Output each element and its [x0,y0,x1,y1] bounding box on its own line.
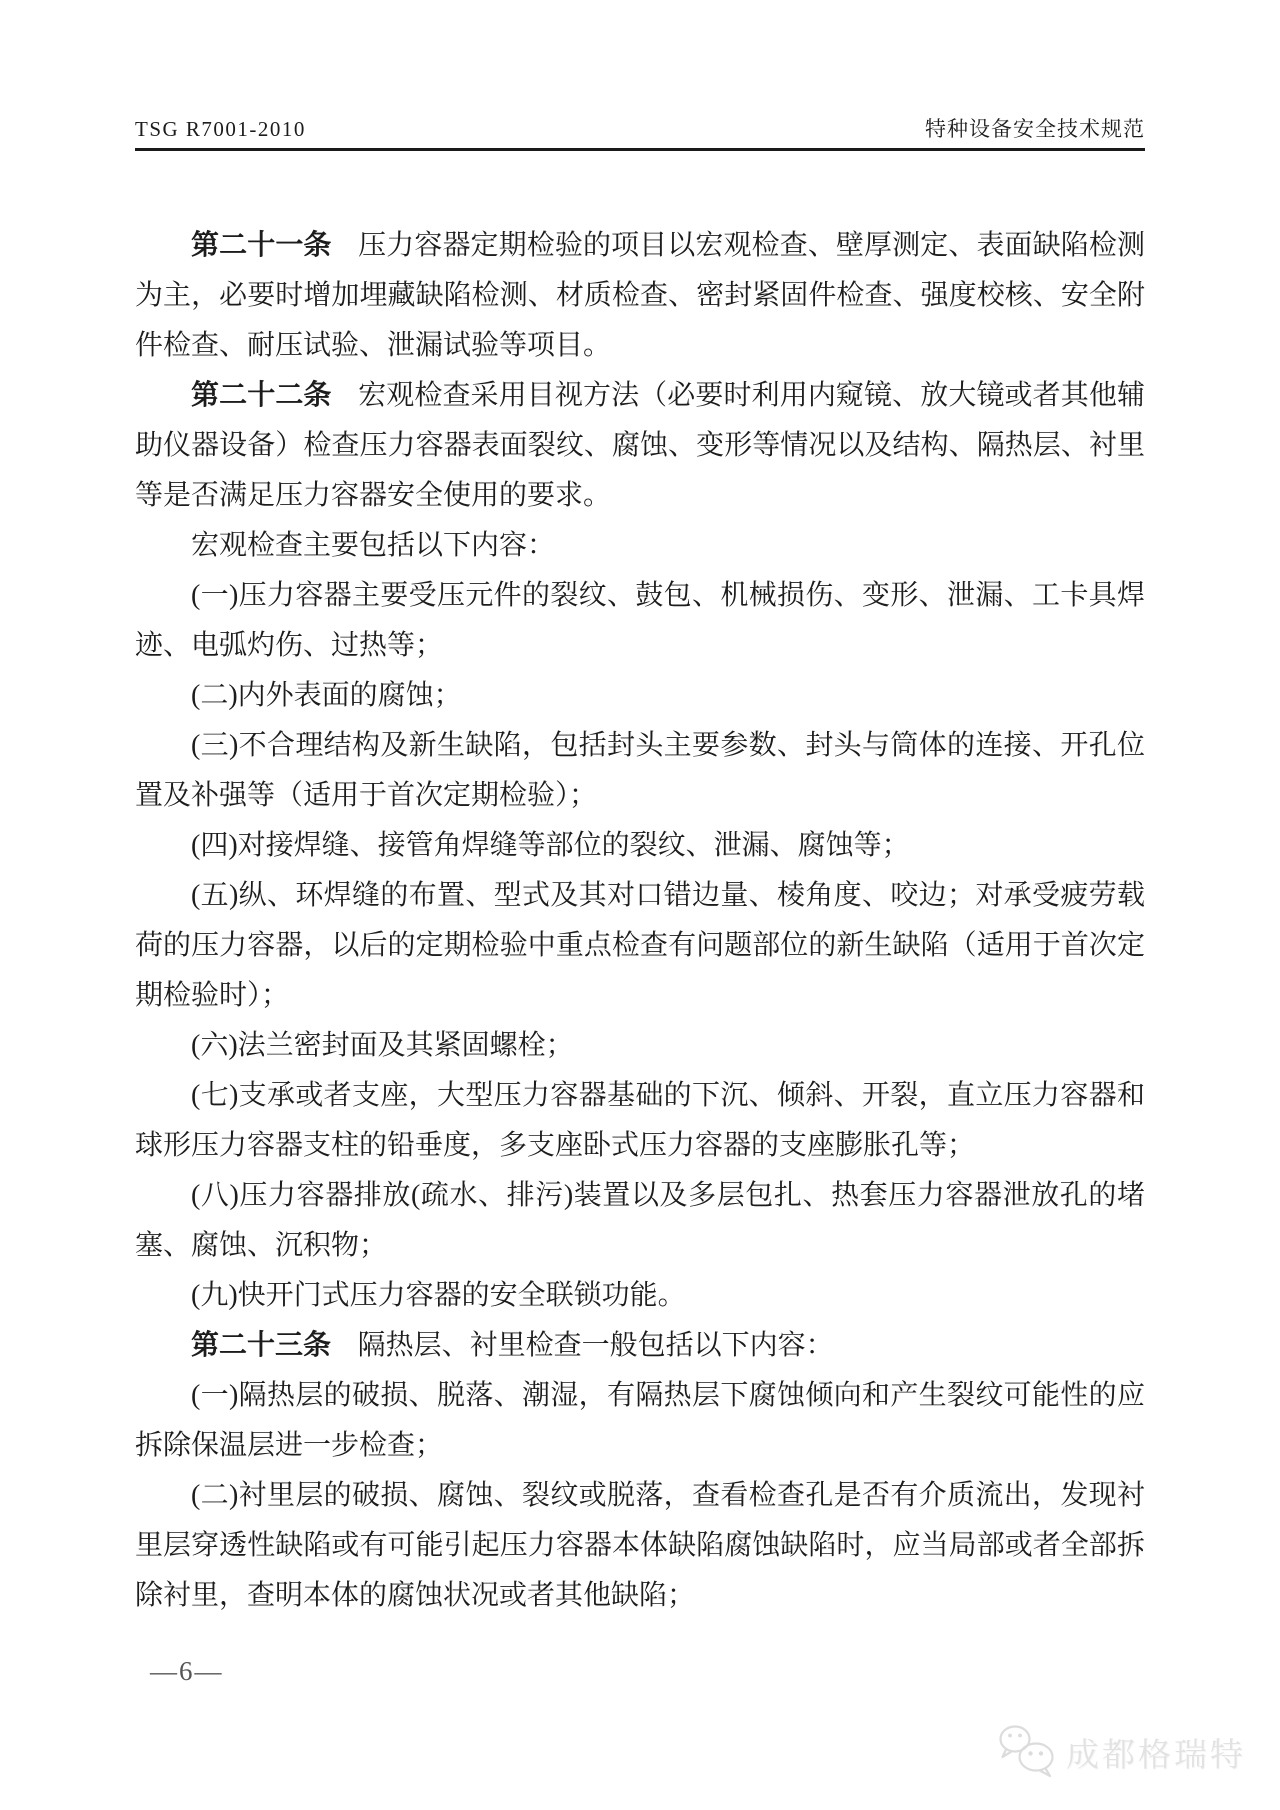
paragraph-text: (四)对接焊缝、接管角焊缝等部位的裂纹、泄漏、腐蚀等； [191,830,910,861]
page-number: —6— [150,1656,224,1687]
paragraph: (二)内外表面的腐蚀； [135,671,1145,721]
article-number: 第二十三条 [191,1330,331,1361]
paragraph-text: (二)衬里层的破损、腐蚀、裂纹或脱落，查看检查孔是否有介质流出，发现衬里层穿透性… [135,1480,1145,1611]
paragraph-text: (一)隔热层的破损、脱落、潮湿，有隔热层下腐蚀倾向和产生裂纹可能性的应拆除保温层… [135,1380,1145,1461]
article-number: 第二十一条 [191,230,332,261]
paragraph: (四)对接焊缝、接管角焊缝等部位的裂纹、泄漏、腐蚀等； [135,821,1145,871]
paragraph: 第二十三条隔热层、衬里检查一般包括以下内容： [135,1321,1145,1371]
paragraph: (三)不合理结构及新生缺陷，包括封头主要参数、封头与筒体的连接、开孔位置及补强等… [135,721,1145,821]
paragraph: 第二十二条宏观检查采用目视方法（必要时利用内窥镜、放大镜或者其他辅助仪器设备）检… [135,371,1145,521]
document-title: 特种设备安全技术规范 [925,116,1145,142]
paragraph: (二)衬里层的破损、腐蚀、裂纹或脱落，查看检查孔是否有介质流出，发现衬里层穿透性… [135,1471,1145,1621]
paragraph-text: (八)压力容器排放(疏水、排污)装置以及多层包扎、热套压力容器泄放孔的堵塞、腐蚀… [135,1180,1145,1261]
document-page: TSG R7001-2010 特种设备安全技术规范 第二十一条压力容器定期检验的… [0,0,1280,1810]
page-header: TSG R7001-2010 特种设备安全技术规范 [135,116,1145,151]
paragraph-text: (三)不合理结构及新生缺陷，包括封头主要参数、封头与筒体的连接、开孔位置及补强等… [135,730,1145,811]
paragraph-text: (九)快开门式压力容器的安全联锁功能。 [191,1280,686,1311]
paragraph: (九)快开门式压力容器的安全联锁功能。 [135,1271,1145,1321]
document-code: TSG R7001-2010 [135,116,306,142]
paragraph: 宏观检查主要包括以下内容： [135,521,1145,571]
watermark-text: 成都格瑞特 [1066,1729,1246,1776]
watermark: 成都格瑞特 [994,1724,1246,1780]
paragraph: (七)支承或者支座，大型压力容器基础的下沉、倾斜、开裂，直立压力容器和球形压力容… [135,1071,1145,1171]
paragraph-text: (六)法兰密封面及其紧固螺栓； [191,1030,574,1061]
paragraph: (六)法兰密封面及其紧固螺栓； [135,1021,1145,1071]
paragraph: (五)纵、环焊缝的布置、型式及其对口错边量、棱角度、咬边；对承受疲劳载荷的压力容… [135,871,1145,1021]
document-body: 第二十一条压力容器定期检验的项目以宏观检查、壁厚测定、表面缺陷检测为主，必要时增… [135,221,1145,1621]
paragraph-text: 宏观检查主要包括以下内容： [191,530,555,561]
wechat-icon [994,1724,1058,1780]
paragraph-text: 隔热层、衬里检查一般包括以下内容： [358,1330,834,1361]
article-number: 第二十二条 [191,380,332,411]
paragraph-text: (二)内外表面的腐蚀； [191,680,462,711]
paragraph-text: (五)纵、环焊缝的布置、型式及其对口错边量、棱角度、咬边；对承受疲劳载荷的压力容… [135,880,1145,1011]
paragraph: (一)压力容器主要受压元件的裂纹、鼓包、机械损伤、变形、泄漏、工卡具焊迹、电弧灼… [135,571,1145,671]
paragraph: (一)隔热层的破损、脱落、潮湿，有隔热层下腐蚀倾向和产生裂纹可能性的应拆除保温层… [135,1371,1145,1471]
paragraph: (八)压力容器排放(疏水、排污)装置以及多层包扎、热套压力容器泄放孔的堵塞、腐蚀… [135,1171,1145,1271]
paragraph-text: (一)压力容器主要受压元件的裂纹、鼓包、机械损伤、变形、泄漏、工卡具焊迹、电弧灼… [135,580,1145,661]
paragraph-text: (七)支承或者支座，大型压力容器基础的下沉、倾斜、开裂，直立压力容器和球形压力容… [135,1080,1145,1161]
paragraph: 第二十一条压力容器定期检验的项目以宏观检查、壁厚测定、表面缺陷检测为主，必要时增… [135,221,1145,371]
